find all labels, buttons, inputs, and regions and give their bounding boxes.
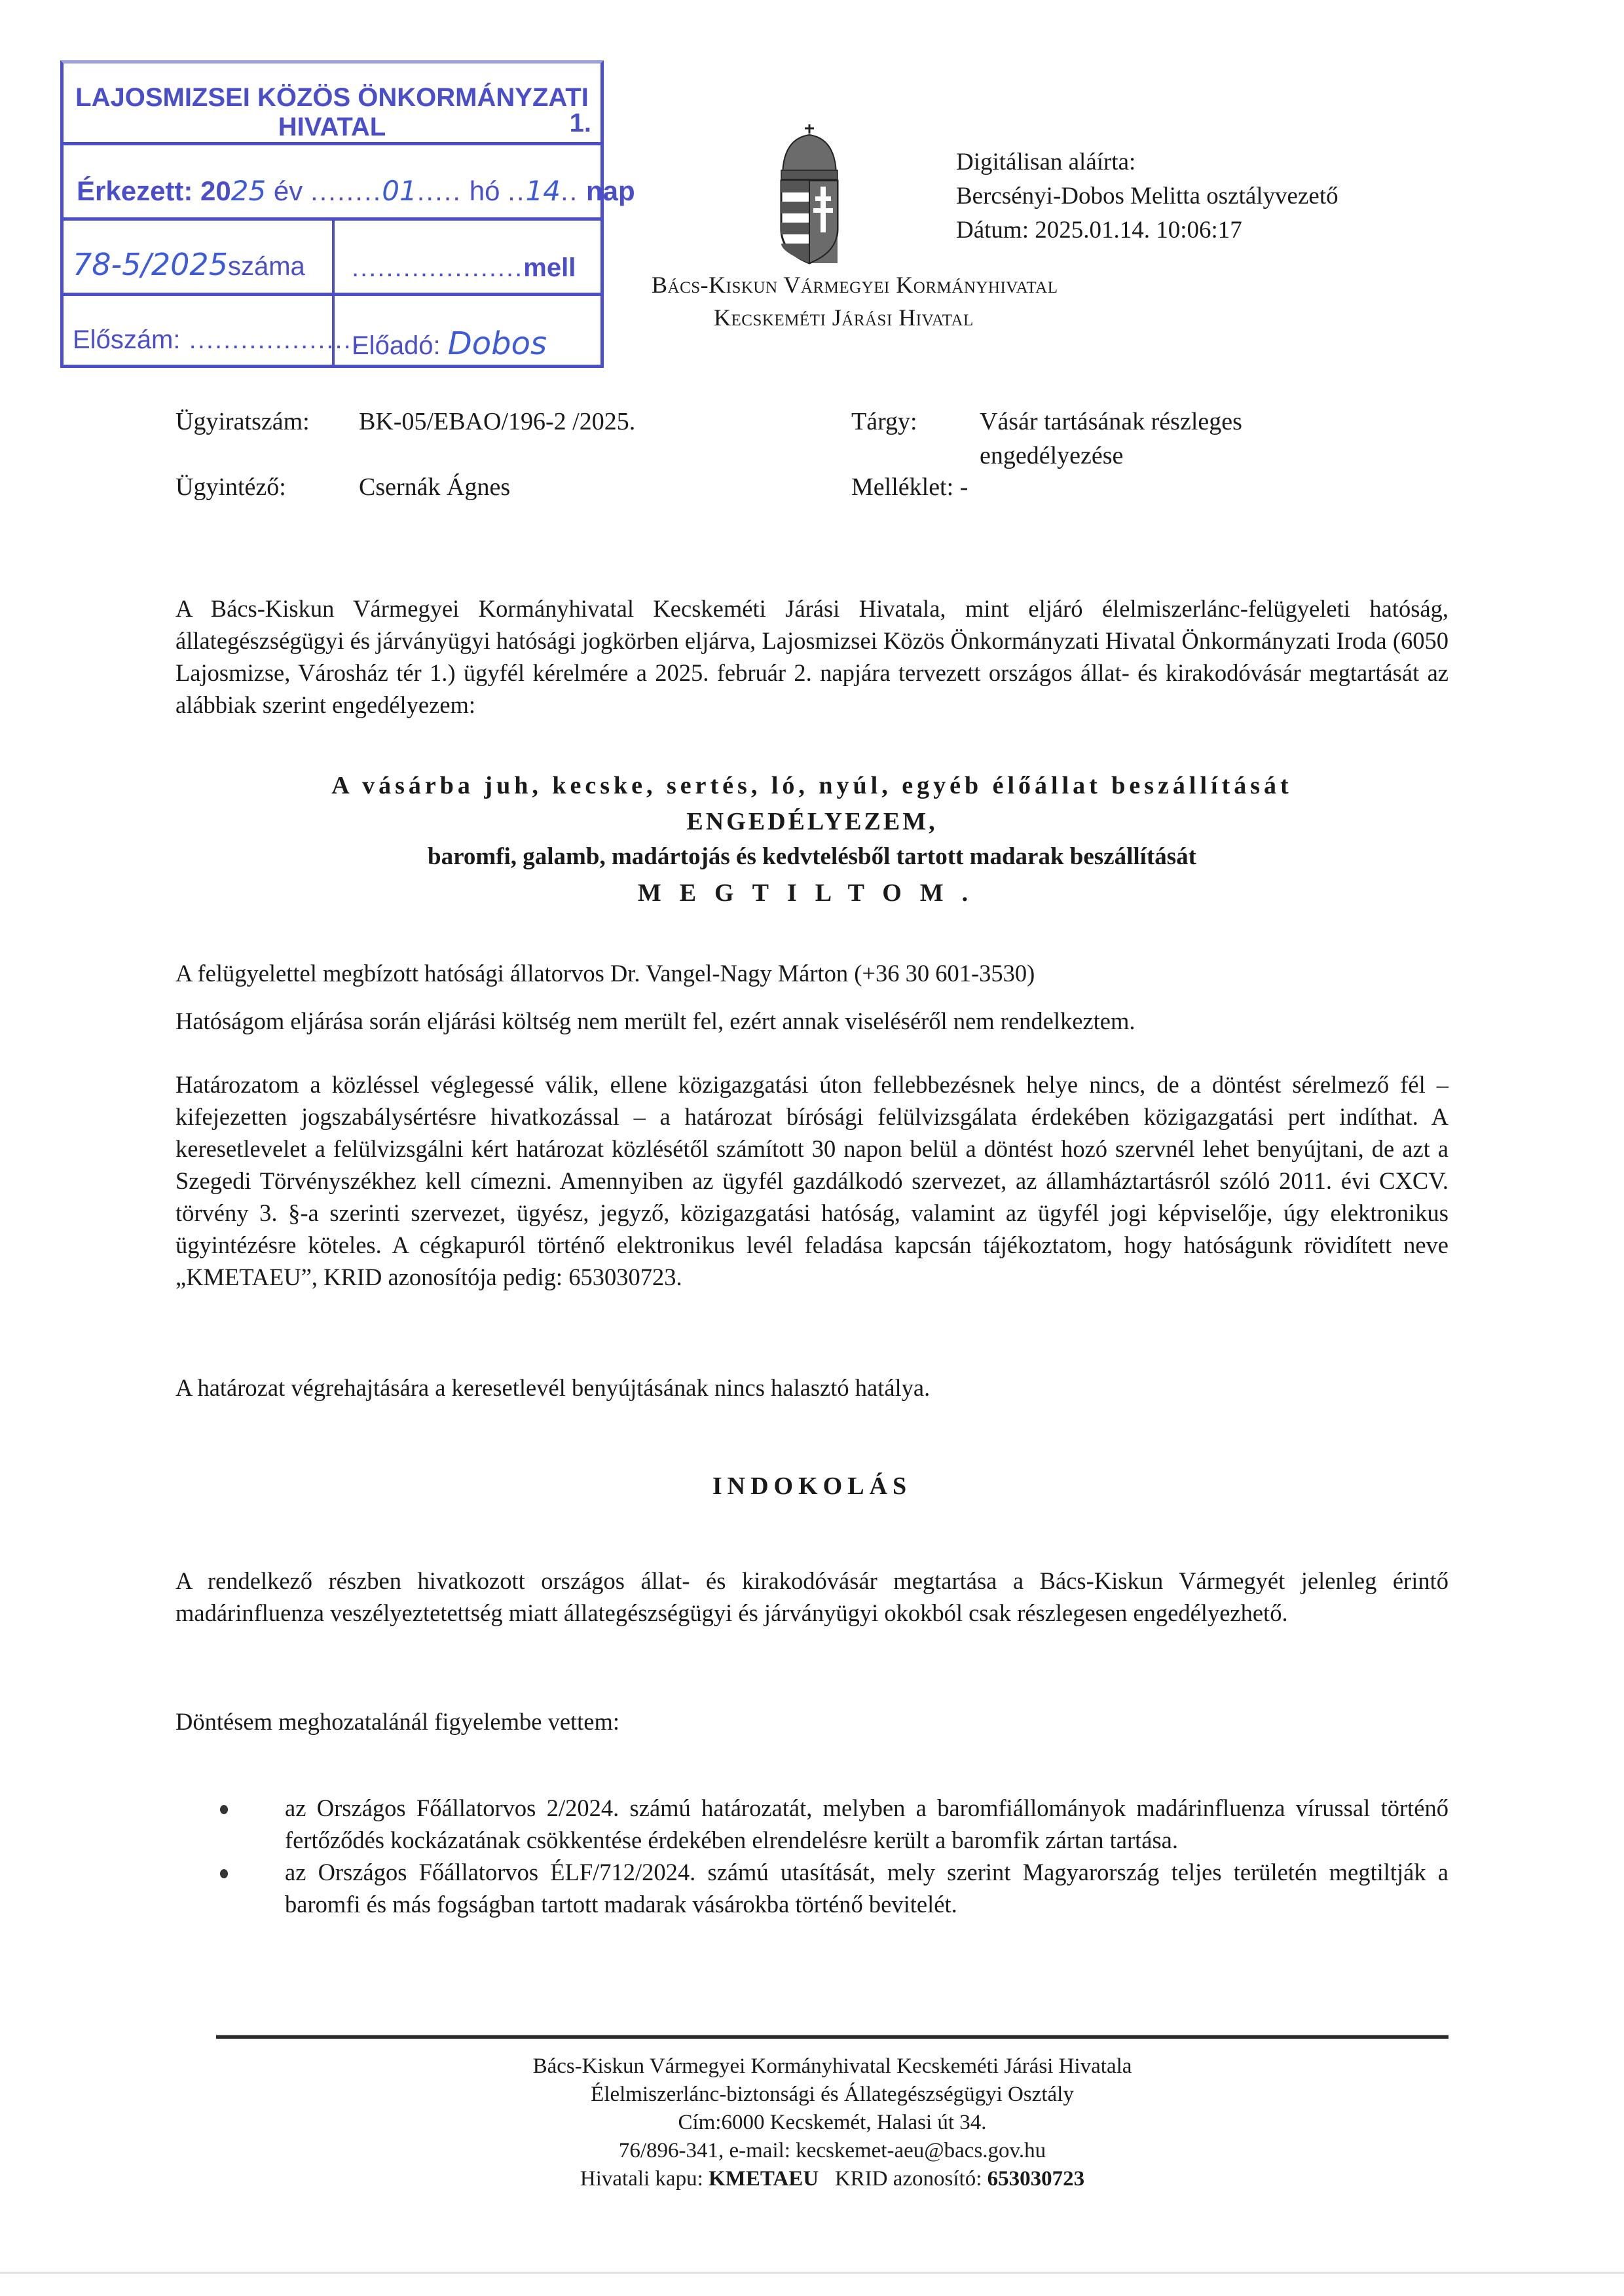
received-month: 01: [382, 175, 416, 207]
stamp-number: 1.: [570, 109, 591, 138]
month-label: hó: [470, 175, 500, 206]
list-item: az Országos Főállatorvos 2/2024. számú h…: [216, 1792, 1449, 1856]
issuer-header: Bács-Kiskun Vármegyei Kormányhivatal Kec…: [652, 268, 1058, 334]
no-suspension-paragraph: A határozat végrehajtására a keresetlevé…: [175, 1372, 1449, 1404]
handler-label: Előadó:: [352, 331, 441, 360]
decision-permit: ENGEDÉLYEZEM,: [175, 807, 1449, 836]
scan-edge: [0, 2272, 1624, 2274]
footer-line2: Élelmiszerlánc-biztonsági és Állategészs…: [216, 2081, 1449, 2109]
bullet-icon: [220, 1805, 228, 1814]
attachment-value: -: [960, 473, 969, 501]
reasoning-heading: INDOKOLÁS: [175, 1472, 1449, 1501]
intro-paragraph: A Bács-Kiskun Vármegyei Kormányhivatal K…: [175, 592, 1449, 721]
footer-divider: [216, 2035, 1449, 2039]
day-label: nap: [586, 175, 635, 206]
subject-label: Tárgy:: [851, 405, 917, 439]
digital-signature-block: Digitálisan aláírta: Bercsényi-Dobos Mel…: [956, 145, 1338, 247]
year-label: év: [274, 175, 303, 206]
registration-stamp: LAJOSMIZSEI KÖZÖS ÖNKORMÁNYZATI HIVATAL …: [60, 60, 604, 368]
vet-paragraph: A felügyelettel megbízott hatósági állat…: [175, 957, 1449, 989]
considered-list: az Országos Főállatorvos 2/2024. számú h…: [216, 1792, 1449, 1920]
case-number-label: Ügyiratszám:: [175, 405, 310, 439]
stamp-received-row: Érkezett: 2025 év ........01..... hó ..1…: [64, 149, 600, 221]
received-day: 14: [526, 175, 561, 207]
costs-paragraph: Hatóságom eljárása során eljárási költsé…: [175, 1005, 1449, 1037]
stamp-divider: [332, 221, 335, 365]
signature-date: Dátum: 2025.01.14. 10:06:17: [956, 213, 1338, 247]
handler-signature: Dobos: [448, 325, 547, 362]
ref-number: 78-5/2025: [73, 247, 228, 282]
considered-paragraph: Döntésem meghozatalánál figyelembe vette…: [175, 1705, 1449, 1738]
received-year: 25: [231, 175, 266, 207]
decision-line1: A vásárba juh, kecske, sertés, ló, nyúl,…: [175, 771, 1449, 800]
subject-value: Vásár tartásának részleges engedélyezése: [980, 405, 1242, 473]
prior-number-label: Előszám:: [73, 325, 181, 354]
attachment-label: Melléklet:: [851, 473, 953, 501]
hungarian-coat-of-arms-icon: [776, 124, 843, 265]
bullet-icon: [220, 1869, 228, 1878]
decision-line3: baromfi, galamb, madártojás és kedvtelés…: [175, 843, 1449, 871]
handler-name: Csernák Ágnes: [359, 470, 510, 504]
handler-label: Ügyintéző:: [175, 470, 286, 504]
stamp-org-line1: LAJOSMIZSEI KÖZÖS ÖNKORMÁNYZATI: [64, 83, 600, 113]
footer-address: Cím:6000 Kecskemét, Halasi út 34.: [216, 2109, 1449, 2137]
attachment-label: mell: [523, 253, 576, 282]
decision-prohibit: MEGTILTOM.: [175, 879, 1449, 907]
footer: Bács-Kiskun Vármegyei Kormányhivatal Kec…: [216, 2052, 1449, 2193]
reasoning-paragraph: A rendelkező részben hivatkozott országo…: [175, 1565, 1449, 1629]
attachment: Melléklet: -: [851, 470, 968, 504]
stamp-header: LAJOSMIZSEI KÖZÖS ÖNKORMÁNYZATI HIVATAL …: [64, 64, 600, 145]
footer-contact: 76/896-341, e-mail: kecskemet-aeu@bacs.g…: [216, 2137, 1449, 2165]
stamp-org-line2: HIVATAL: [64, 113, 600, 142]
appeal-paragraph: Határozatom a közléssel véglegessé válik…: [175, 1068, 1449, 1293]
signature-line1: Digitálisan aláírta:: [956, 145, 1338, 179]
issuer-line1: Bács-Kiskun Vármegyei Kormányhivatal: [652, 268, 1058, 301]
footer-gateway: Hivatali kapu: KMETAEU KRID azonosító: 6…: [216, 2165, 1449, 2193]
issuer-line2: Kecskeméti Járási Hivatal: [714, 301, 1058, 334]
list-item: az Országos Főállatorvos ÉLF/712/2024. s…: [216, 1856, 1449, 1920]
case-number: BK-05/EBAO/196-2 /2025.: [359, 405, 635, 439]
received-label: Érkezett: 20: [77, 175, 231, 206]
ref-label: száma: [228, 252, 305, 281]
footer-line1: Bács-Kiskun Vármegyei Kormányhivatal Kec…: [216, 2052, 1449, 2081]
signature-signer: Bercsényi-Dobos Melitta osztályvezető: [956, 179, 1338, 213]
